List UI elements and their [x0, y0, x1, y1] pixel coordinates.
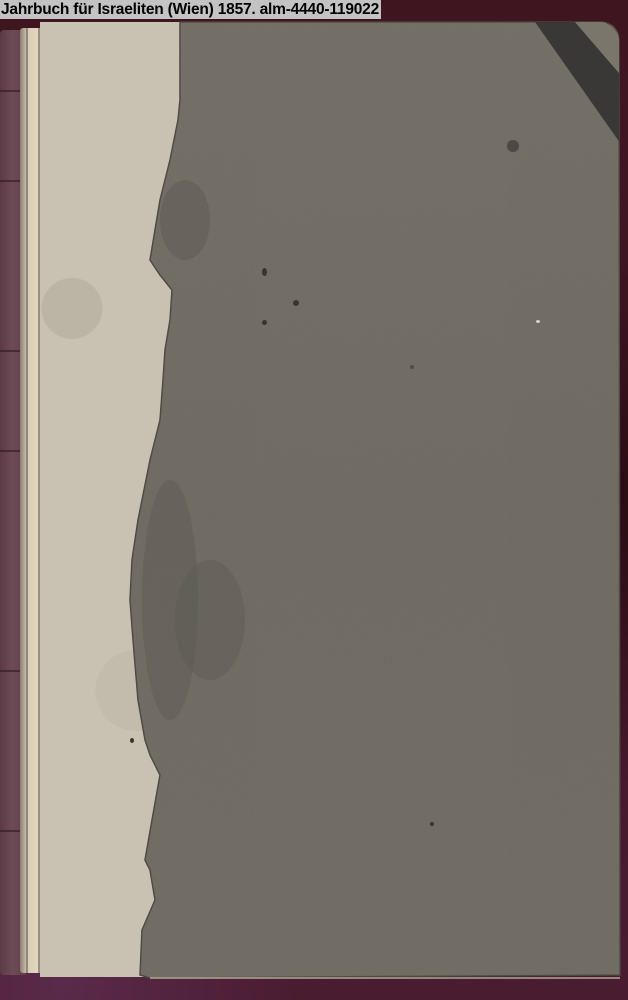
stain-speck: [507, 140, 519, 152]
stain-speck: [262, 268, 267, 276]
book: [0, 0, 628, 1000]
image-title-caption: Jahrbuch für Israeliten (Wien) 1857. alm…: [0, 0, 381, 19]
stain-speck: [130, 738, 134, 743]
cover-board: [0, 0, 628, 1000]
stain-speck: [536, 320, 540, 323]
stain-speck: [293, 300, 299, 306]
stain-speck: [410, 365, 414, 369]
stain-speck: [262, 320, 267, 325]
stain-speck: [430, 822, 434, 826]
